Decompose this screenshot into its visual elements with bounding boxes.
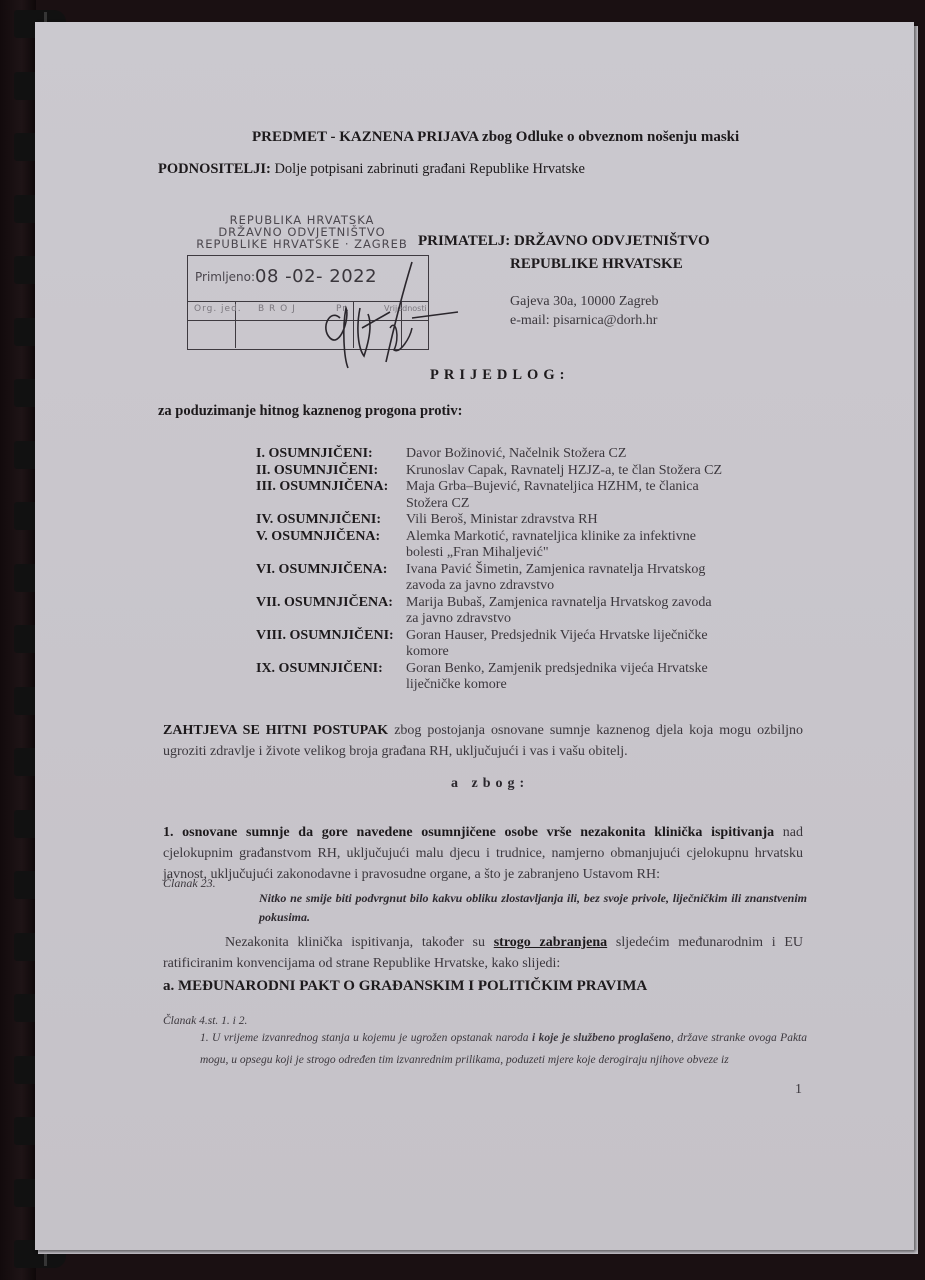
article-4-quote: 1. U vrijeme izvanrednog stanja u kojemu… (200, 1027, 807, 1071)
urgent-procedure-paragraph: ZAHTJEVA SE HITNI POSTUPAK zbog postojan… (163, 720, 803, 762)
article-23-label: Članak 23. (163, 876, 216, 891)
a-zbog-heading: a zbog: (451, 776, 529, 792)
article-4-bold: i koje je službeno proglašeno (532, 1032, 671, 1044)
section-a-heading: a. MEĐUNARODNI PAKT O GRAĐANSKIM I POLIT… (163, 978, 647, 995)
suspect-row: III. OSUMNJIČENA:Maja Grba–Bujević, Ravn… (256, 479, 816, 512)
recipient-address-block: Gajeva 30a, 10000 Zagreb e-mail: pisarni… (510, 292, 659, 330)
suspect-role: IX. OSUMNJIČENI: (256, 661, 406, 694)
proposal-heading: PRIJEDLOG: (430, 367, 569, 384)
suspect-row: V. OSUMNJIČENA:Alemka Markotić, ravnatel… (256, 529, 816, 562)
suspect-description: Davor Božinović, Načelnik Stožera CZ (406, 446, 726, 463)
suspect-description: Maja Grba–Bujević, Ravnateljica HZHM, te… (406, 479, 726, 512)
recipient-address: Gajeva 30a, 10000 Zagreb (510, 292, 659, 311)
suspect-description: Alemka Markotić, ravnateljica klinike za… (406, 529, 726, 562)
suspect-role: II. OSUMNJIČENI: (256, 463, 406, 480)
point-1-paragraph: 1. osnovane sumnje da gore navedene osum… (163, 822, 803, 885)
suspect-description: Ivana Pavić Šimetin, Zamjenica ravnatelj… (406, 562, 726, 595)
prohibited-paragraph: Nezakonita klinička ispitivanja, također… (163, 932, 803, 974)
suspects-list: I. OSUMNJIČENI:Davor Božinović, Načelnik… (256, 446, 816, 694)
stamp-received-label: Primljeno: (195, 270, 255, 284)
suspect-row: IX. OSUMNJIČENI:Goran Benko, Zamjenik pr… (256, 661, 816, 694)
suspect-row: VII. OSUMNJIČENA:Marija Bubaš, Zamjenica… (256, 595, 816, 628)
stamp-col-org: Org. jed. (194, 304, 242, 314)
suspect-description: Marija Bubaš, Zamjenica ravnatelja Hrvat… (406, 595, 726, 628)
suspect-description: Vili Beroš, Ministar zdravstva RH (406, 512, 726, 529)
point-1-bold: 1. osnovane sumnje da gore navedene osum… (163, 825, 774, 840)
submitters-label: PODNOSITELJI: (158, 161, 271, 177)
suspect-row: VI. OSUMNJIČENA:Ivana Pavić Šimetin, Zam… (256, 562, 816, 595)
suspect-role: III. OSUMNJIČENA: (256, 479, 406, 512)
stamp-col-broj: B R O J (258, 304, 296, 314)
recipient-line-2: REPUBLIKE HRVATSKE (510, 256, 683, 273)
submitters-line: PODNOSITELJI: Dolje potpisani zabrinuti … (158, 161, 585, 178)
recipient-name: DRŽAVNO ODVJETNIŠTVO (514, 233, 710, 249)
urgent-bold: ZAHTJEVA SE HITNI POSTUPAK (163, 723, 388, 738)
suspect-role: I. OSUMNJIČENI: (256, 446, 406, 463)
recipient-email: e-mail: pisarnica@dorh.hr (510, 311, 659, 330)
signature-icon (300, 258, 460, 378)
suspect-role: V. OSUMNJIČENA: (256, 529, 406, 562)
stamp-line-3: REPUBLIKE HRVATSKE · ZAGREB (182, 238, 422, 250)
suspect-row: IV. OSUMNJIČENI:Vili Beroš, Ministar zdr… (256, 512, 816, 529)
submitters-text: Dolje potpisani zabrinuti građani Republ… (274, 161, 584, 177)
recipient-label: PRIMATELJ: (418, 233, 510, 249)
document-title: PREDMET - KAZNENA PRIJAVA zbog Odluke o … (252, 129, 739, 146)
article-23-quote: Nitko ne smije biti podvrgnut bilo kakvu… (259, 889, 807, 927)
prohibited-pre: Nezakonita klinička ispitivanja, također… (225, 935, 494, 950)
suspect-row: VIII. OSUMNJIČENI:Goran Hauser, Predsjed… (256, 628, 816, 661)
suspect-role: VI. OSUMNJIČENA: (256, 562, 406, 595)
article-4-pre: 1. U vrijeme izvanrednog stanja u kojemu… (200, 1032, 532, 1044)
page-number: 1 (795, 1082, 802, 1098)
suspect-row: I. OSUMNJIČENI:Davor Božinović, Načelnik… (256, 446, 816, 463)
prohibited-underlined: strogo zabranjena (494, 935, 607, 950)
suspect-role: VII. OSUMNJIČENA: (256, 595, 406, 628)
recipient-line-1: PRIMATELJ: DRŽAVNO ODVJETNIŠTVO (418, 233, 710, 250)
suspect-role: VIII. OSUMNJIČENI: (256, 628, 406, 661)
stamp-header: REPUBLIKA HRVATSKA DRŽAVNO ODVJETNIŠTVO … (182, 214, 422, 250)
suspect-description: Goran Benko, Zamjenik predsjednika vijeć… (406, 661, 726, 694)
article-4-label: Članak 4.st. 1. i 2. (163, 1015, 247, 1027)
suspect-role: IV. OSUMNJIČENI: (256, 512, 406, 529)
suspect-description: Krunoslav Capak, Ravnatelj HZJZ-a, te čl… (406, 463, 726, 480)
proposal-subheading: za poduzimanje hitnog kaznenog progona p… (158, 403, 462, 420)
suspect-description: Goran Hauser, Predsjednik Vijeća Hrvatsk… (406, 628, 726, 661)
suspect-row: II. OSUMNJIČENI:Krunoslav Capak, Ravnate… (256, 463, 816, 480)
